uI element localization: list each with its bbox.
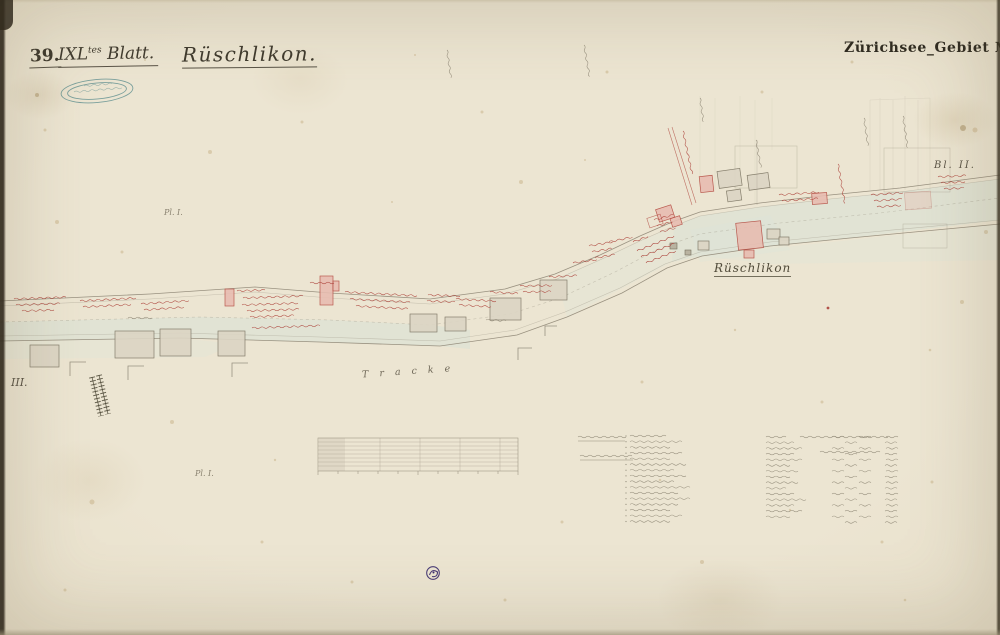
railway-hatch-mark (92, 375, 108, 416)
handwritten-table-rules (578, 441, 633, 460)
sheet-ordinal: IXL (58, 44, 88, 65)
plate-ref-right: Bl. II. (934, 160, 976, 171)
round-stamp (427, 567, 440, 580)
archive-stamp (60, 76, 134, 105)
series-title: Zürichsee_Gebiet № 4. (844, 37, 1000, 56)
handwritten-annotations (14, 45, 966, 523)
scale-bar (318, 438, 518, 475)
sheet-number: 39. (29, 45, 61, 68)
sheet-title: IXLtes Blatt. (58, 43, 159, 68)
plate-ref-lower: Pl. I. (195, 469, 214, 478)
margin-label-iii: III. (11, 376, 28, 389)
sheet-name: Rüschlikon. (182, 41, 317, 68)
sheet-ordinal-suffix: tes (88, 45, 102, 55)
sheet-word: Blatt. (107, 43, 154, 64)
map-drawing (0, 0, 1000, 635)
series-title-text: Zürichsee_Gebiet № (844, 40, 1000, 56)
plate-ref-upper: Pl. I. (164, 208, 183, 217)
scanned-map-page: 39. IXLtes Blatt. Rüschlikon. Zürichsee_… (0, 0, 1000, 635)
village-label: Rüschlikon (714, 261, 791, 277)
